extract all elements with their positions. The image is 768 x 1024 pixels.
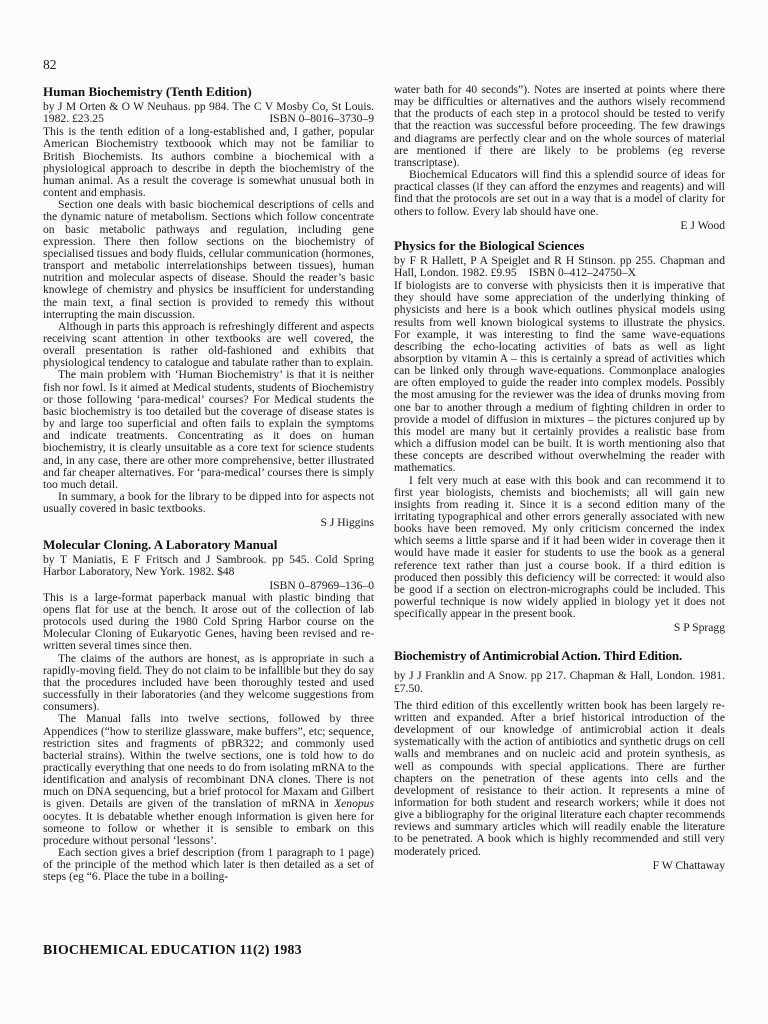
review-paragraph: I felt very much at ease with this book … [394,475,725,621]
page-number: 82 [43,57,57,73]
review-human-biochemistry: Human Biochemistry (Tenth Edition) by J … [43,84,374,529]
review-molecular-cloning-continued: water bath for 40 seconds”). Notes are i… [394,84,725,232]
reviewer-signature: S J Higgins [43,516,374,529]
review-byline: by J J Franklin and A Snow. pp 217. Chap… [394,670,725,694]
paragraph-text: The Manual falls into twelve sections, f… [43,712,374,810]
review-paragraph: In summary, a book for the library to be… [43,491,374,515]
review-title: Human Biochemistry (Tenth Edition) [43,84,374,99]
review-paragraph: Although in parts this approach is refre… [43,321,374,370]
review-title: Molecular Cloning. A Laboratory Manual [43,537,374,552]
journal-footer: BIOCHEMICAL EDUCATION 11(2) 1983 [43,942,302,958]
reviewer-signature: E J Wood [394,219,725,232]
review-isbn: ISBN 0–8016–3730–9 [269,113,374,125]
reviewer-signature: F W Chattaway [394,859,725,872]
review-physics: Physics for the Biological Sciences by F… [394,238,725,635]
right-column: water bath for 40 seconds”). Notes are i… [394,84,725,872]
review-paragraph: This is a large-format paperback manual … [43,592,374,653]
review-antimicrobial: Biochemistry of Antimicrobial Action. Th… [394,648,725,871]
review-paragraph: Biochemical Educators will find this a s… [394,169,725,218]
review-paragraph: Section one deals with basic biochemical… [43,199,374,321]
review-paragraph: The claims of the authors are honest, as… [43,653,374,714]
review-paragraph: The main problem with ‘Human Biochemistr… [43,369,374,491]
review-paragraph: The Manual falls into twelve sections, f… [43,713,374,847]
left-column: Human Biochemistry (Tenth Edition) by J … [43,84,374,884]
review-paragraph: Each section gives a brief description (… [43,847,374,883]
review-title: Biochemistry of Antimicrobial Action. Th… [394,648,725,663]
review-title: Physics for the Biological Sciences [394,238,725,253]
review-isbn: ISBN 0–412–24750–X [517,266,636,279]
reviewer-signature: S P Spragg [394,621,725,634]
review-isbn: ISBN 0–87969–136–0 [43,580,374,592]
review-byline: by T Maniatis, E F Fritsch and J Sambroo… [43,554,374,578]
review-molecular-cloning: Molecular Cloning. A Laboratory Manual b… [43,537,374,883]
scanned-journal-page: 82 Human Biochemistry (Tenth Edition) by… [0,0,768,1024]
review-paragraph: This is the tenth edition of a long-esta… [43,126,374,199]
review-byline: by J M Orten & O W Neuhaus. pp 984. The … [43,101,374,125]
paragraph-text: oocytes. It is debatable whether enough … [43,810,374,847]
review-paragraph: If biologists are to converse with physi… [394,280,725,475]
review-paragraph: The third edition of this excellently wr… [394,700,725,858]
review-paragraph: water bath for 40 seconds”). Notes are i… [394,84,725,169]
italic-term: Xenopus [334,797,374,810]
review-byline: by F R Hallett, P A Speiglet and R H Sti… [394,255,725,279]
